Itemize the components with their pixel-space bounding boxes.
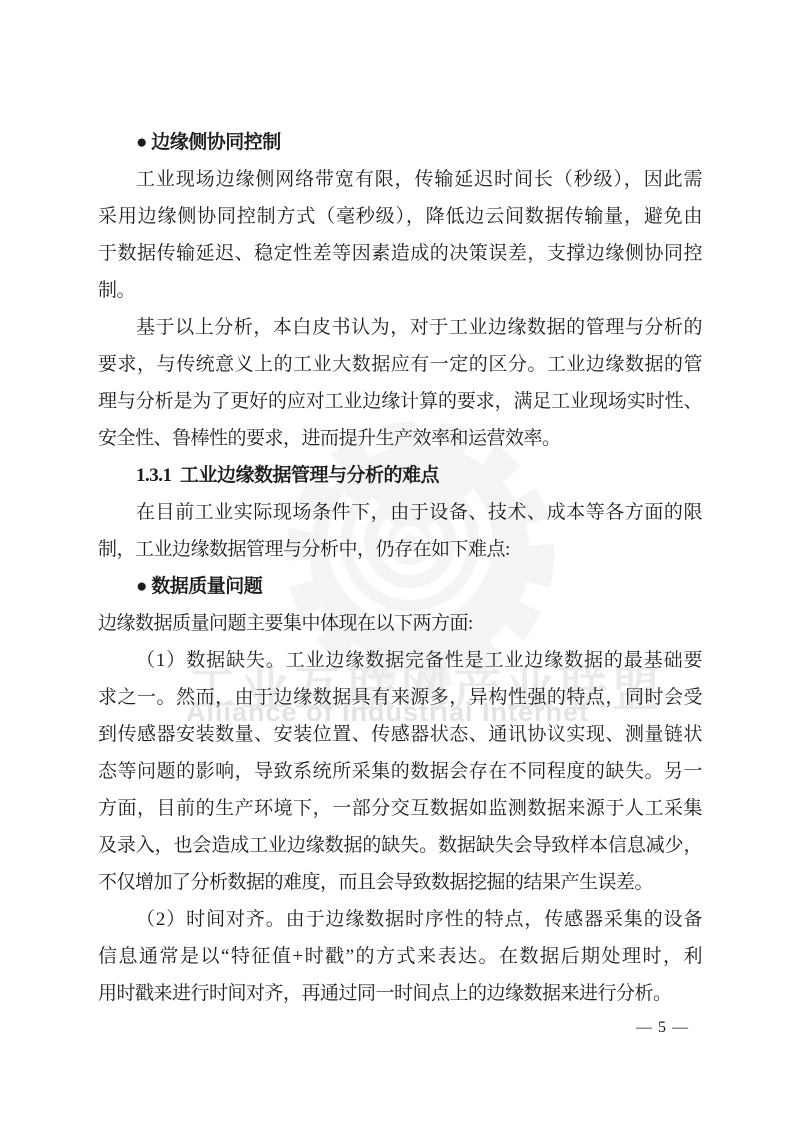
page-number: — 5 — [636,1019,689,1037]
bullet-heading: ● 数据质量问题 [98,568,702,605]
document-content: ● 边缘侧协同控制工业现场边缘侧网络带宽有限，传输延迟时间长（秒级），因此需采用… [98,124,702,1012]
text-line: 到传感器安装数量、安装位置、传感器状态、通讯协议实现、测量链状 [98,716,702,753]
text-line: 制。 [98,272,702,309]
text-line: 信息通常是以“特征值+时戳”的方式来表达。在数据后期处理时，利 [98,938,702,975]
text-line: （1）数据缺失。工业边缘数据完备性是工业边缘数据的最基础要 [98,642,702,679]
text-line: 方面，目前的生产环境下，一部分交互数据如监测数据来源于人工采集 [98,790,702,827]
text-line: 采用边缘侧协同控制方式（毫秒级），降低边云间数据传输量，避免由 [98,198,702,235]
text-line: 态等问题的影响，导致系统所采集的数据会存在不同程度的缺失。另一 [98,753,702,790]
document-page: 工业互联网产业联盟 Alliance of Industrial Interne… [0,0,793,1122]
text-line: 边缘数据质量问题主要集中体现在以下两方面: [98,605,702,642]
text-line: 要求，与传统意义上的工业大数据应有一定的区分。工业边缘数据的管 [98,346,702,383]
text-line: 安全性、鲁棒性的要求，进而提升生产效率和运营效率。 [98,420,702,457]
text-line: 及录入，也会造成工业边缘数据的缺失。数据缺失会导致样本信息减少， [98,827,702,864]
text-line: （2）时间对齐。由于边缘数据时序性的特点，传感器采集的设备 [98,901,702,938]
text-line: 制，工业边缘数据管理与分析中，仍存在如下难点: [98,531,702,568]
text-line: 于数据传输延迟、稳定性差等因素造成的决策误差，支撑边缘侧协同控 [98,235,702,272]
text-line: 工业现场边缘侧网络带宽有限，传输延迟时间长（秒级），因此需 [98,161,702,198]
text-line: 基于以上分析，本白皮书认为，对于工业边缘数据的管理与分析的 [98,309,702,346]
bullet-heading: ● 边缘侧协同控制 [98,124,702,161]
text-line: 理与分析是为了更好的应对工业边缘计算的要求，满足工业现场实时性、 [98,383,702,420]
text-line: 求之一。然而，由于边缘数据具有来源多，异构性强的特点，同时会受 [98,679,702,716]
text-line: 在目前工业实际现场条件下，由于设备、技术、成本等各方面的限 [98,494,702,531]
text-line: 不仅增加了分析数据的难度，而且会导致数据挖掘的结果产生误差。 [98,864,702,901]
section-heading: 1.3.1 工业边缘数据管理与分析的难点 [98,457,702,494]
text-line: 用时戳来进行时间对齐，再通过同一时间点上的边缘数据来进行分析。 [98,975,702,1012]
